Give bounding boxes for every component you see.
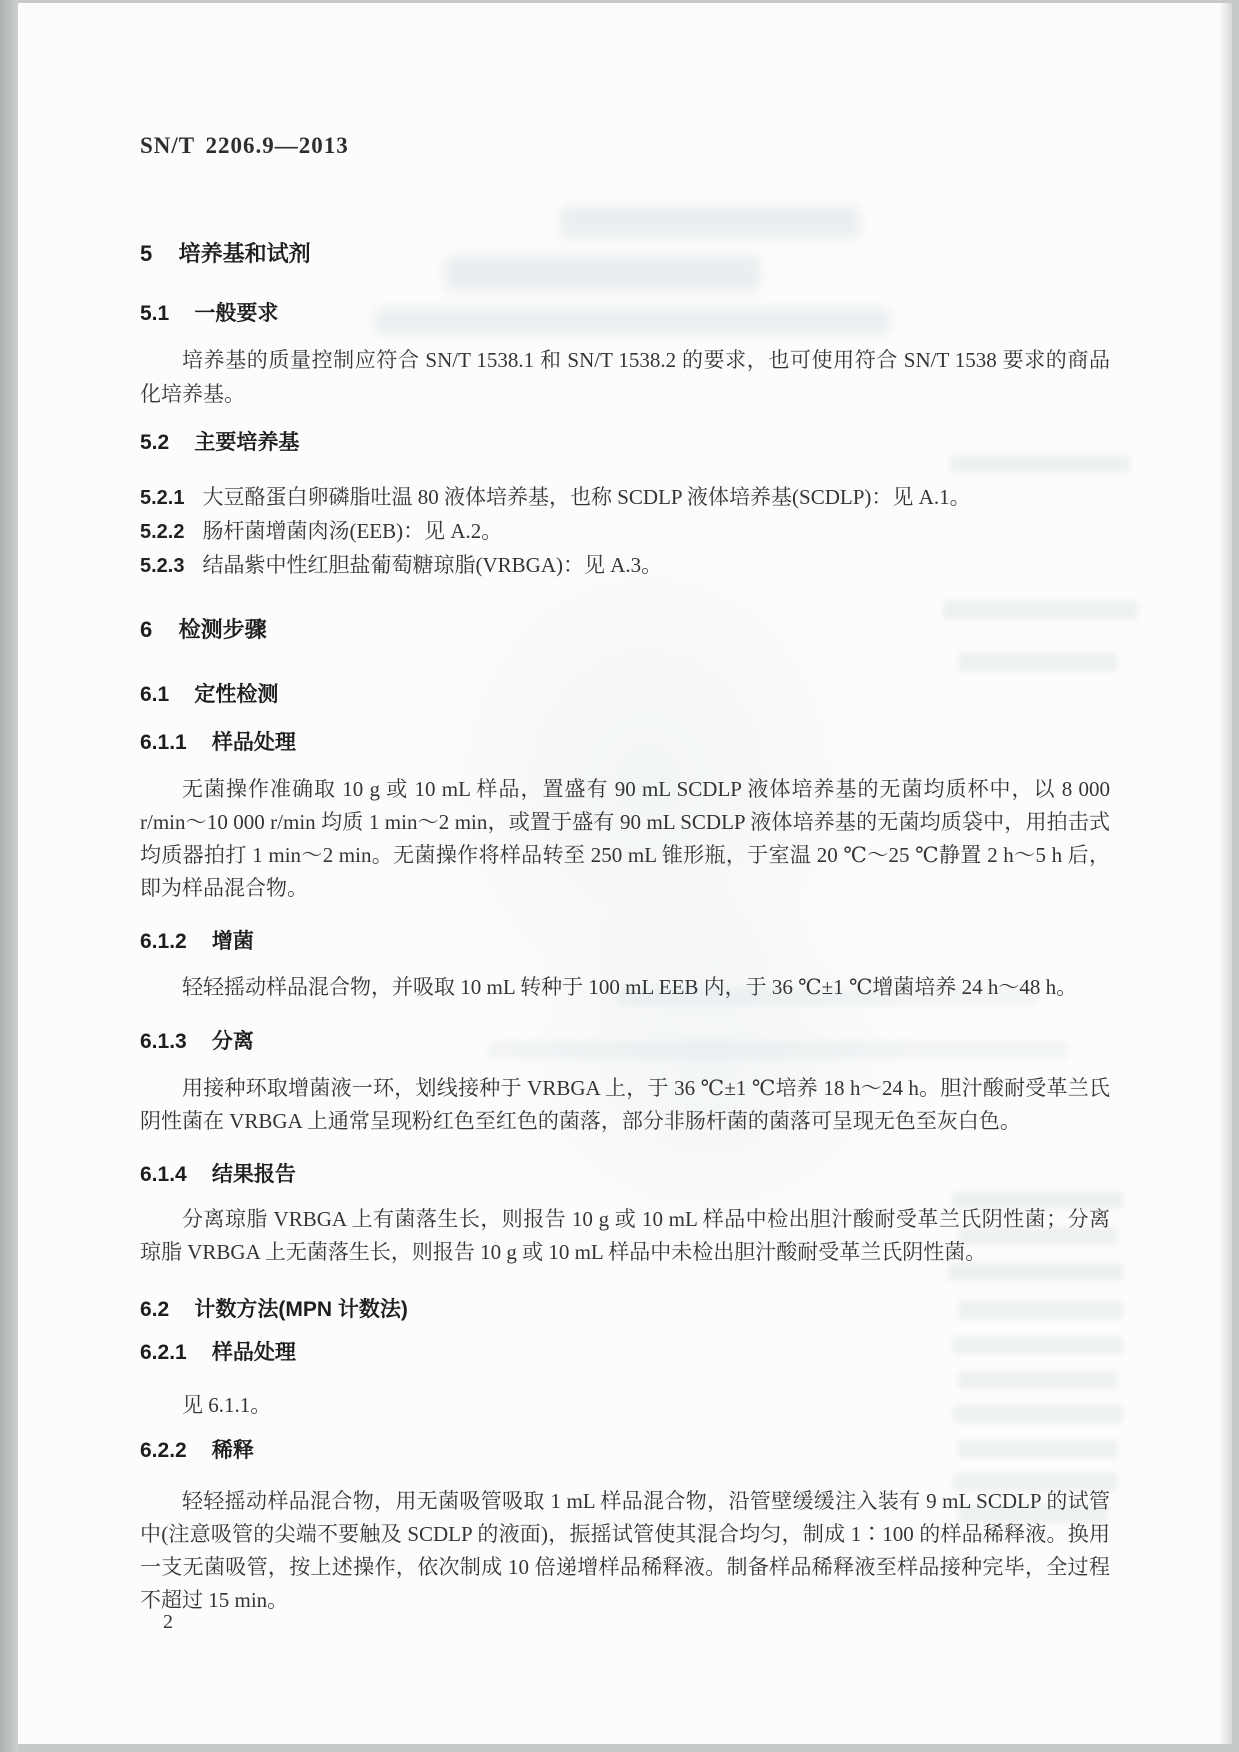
heading-6-1-4: 6.1.4结果报告 xyxy=(140,1158,1110,1188)
heading-6-2-1: 6.2.1样品处理 xyxy=(140,1336,1110,1366)
heading-number: 6 xyxy=(140,617,152,642)
clause-number: 5.2.2 xyxy=(140,521,184,543)
heading-title: 一般要求 xyxy=(194,302,278,325)
clause-5-2-3: 5.2.3结晶紫中性红胆盐葡萄糖琼脂(VRBGA)：见 A.3。 xyxy=(140,549,1110,583)
heading-title: 样品处理 xyxy=(212,731,296,754)
heading-title: 分离 xyxy=(212,1030,254,1053)
heading-number: 5 xyxy=(140,241,152,266)
paragraph-6-1-1: 无菌操作准确取 10 g 或 10 mL 样品，置盛有 90 mL SCDLP … xyxy=(140,773,1110,905)
document-page: SN/T 2206.9—2013 5培养基和试剂 5.1一般要求 培养基的质量控… xyxy=(18,3,1232,1744)
heading-6-1-1: 6.1.1样品处理 xyxy=(140,726,1110,756)
bleedthrough-smudge xyxy=(560,206,860,238)
scanned-standard-page: { "doc": { "standard_number": "SN/T 2206… xyxy=(0,0,1239,1752)
clause-text: 大豆酪蛋白卵磷脂吐温 80 液体培养基，也称 SCDLP 液体培养基(SCDLP… xyxy=(202,485,970,509)
bleedthrough-smudge xyxy=(958,1371,1118,1389)
heading-number: 5.1 xyxy=(140,302,169,325)
page-number: 2 xyxy=(163,1611,173,1634)
heading-6-2: 6.2计数方法(MPN 计数法) xyxy=(140,1293,1110,1323)
clause-number: 5.2.1 xyxy=(140,487,184,509)
heading-title: 检测步骤 xyxy=(179,617,267,642)
clause-number: 5.2.3 xyxy=(140,555,184,577)
heading-5-2: 5.2主要培养基 xyxy=(140,426,1110,456)
bleedthrough-smudge xyxy=(958,653,1118,671)
bleedthrough-smudge xyxy=(950,455,1130,473)
paragraph-6-2-2: 轻轻摇动样品混合物，用无菌吸管吸取 1 mL 样品混合物，沿管壁缓缓注入装有 9… xyxy=(140,1485,1110,1617)
heading-title: 计数方法(MPN 计数法) xyxy=(194,1298,408,1321)
heading-title: 样品处理 xyxy=(212,1341,296,1364)
heading-6-2-2: 6.2.2稀释 xyxy=(140,1434,1110,1464)
paragraph-6-2-1: 见 6.1.1。 xyxy=(140,1389,1110,1422)
paragraph-6-1-2: 轻轻摇动样品混合物，并吸取 10 mL 转种于 100 mL EEB 内，于 3… xyxy=(140,971,1110,1004)
scan-right-edge xyxy=(1219,3,1232,1744)
paragraph-6-1-4: 分离琼脂 VRBGA 上有菌落生长，则报告 10 g 或 10 mL 样品中检出… xyxy=(140,1203,1110,1269)
heading-title: 定性检测 xyxy=(194,683,278,706)
heading-title: 主要培养基 xyxy=(194,431,299,454)
heading-6: 6检测步骤 xyxy=(140,613,1110,644)
heading-title: 培养基和试剂 xyxy=(179,241,311,266)
paragraph-5-1: 培养基的质量控制应符合 SN/T 1538.1 和 SN/T 1538.2 的要… xyxy=(140,343,1110,411)
heading-number: 6.1 xyxy=(140,683,169,706)
heading-number: 6.1.4 xyxy=(140,1163,187,1186)
paragraph-6-1-3: 用接种环取增菌液一环，划线接种于 VRBGA 上，于 36 ℃±1 ℃培养 18… xyxy=(140,1072,1110,1138)
heading-6-1-2: 6.1.2增菌 xyxy=(140,925,1110,955)
heading-number: 6.1.3 xyxy=(140,1030,187,1053)
heading-6-1: 6.1定性检测 xyxy=(140,678,1110,708)
clause-text: 肠杆菌增菌肉汤(EEB)：见 A.2。 xyxy=(202,519,502,543)
heading-number: 6.2.1 xyxy=(140,1341,187,1364)
heading-title: 稀释 xyxy=(212,1439,254,1462)
heading-title: 结果报告 xyxy=(212,1163,296,1186)
standard-number-header: SN/T 2206.9—2013 xyxy=(140,133,1110,159)
scan-left-edge xyxy=(0,0,18,1752)
clause-5-2-1: 5.2.1大豆酪蛋白卵磷脂吐温 80 液体培养基，也称 SCDLP 液体培养基(… xyxy=(140,481,1110,515)
heading-number: 6.1.2 xyxy=(140,930,187,953)
heading-number: 5.2 xyxy=(140,431,169,454)
heading-5-1: 5.1一般要求 xyxy=(140,297,1110,327)
heading-6-1-3: 6.1.3分离 xyxy=(140,1025,1110,1055)
clause-5-2-2: 5.2.2肠杆菌增菌肉汤(EEB)：见 A.2。 xyxy=(140,515,1110,549)
heading-number: 6.2.2 xyxy=(140,1439,187,1462)
clause-text: 结晶紫中性红胆盐葡萄糖琼脂(VRBGA)：见 A.3。 xyxy=(202,553,662,577)
heading-title: 增菌 xyxy=(212,930,254,953)
heading-number: 6.2 xyxy=(140,1298,169,1321)
heading-5: 5培养基和试剂 xyxy=(140,237,1110,268)
heading-number: 6.1.1 xyxy=(140,731,187,754)
